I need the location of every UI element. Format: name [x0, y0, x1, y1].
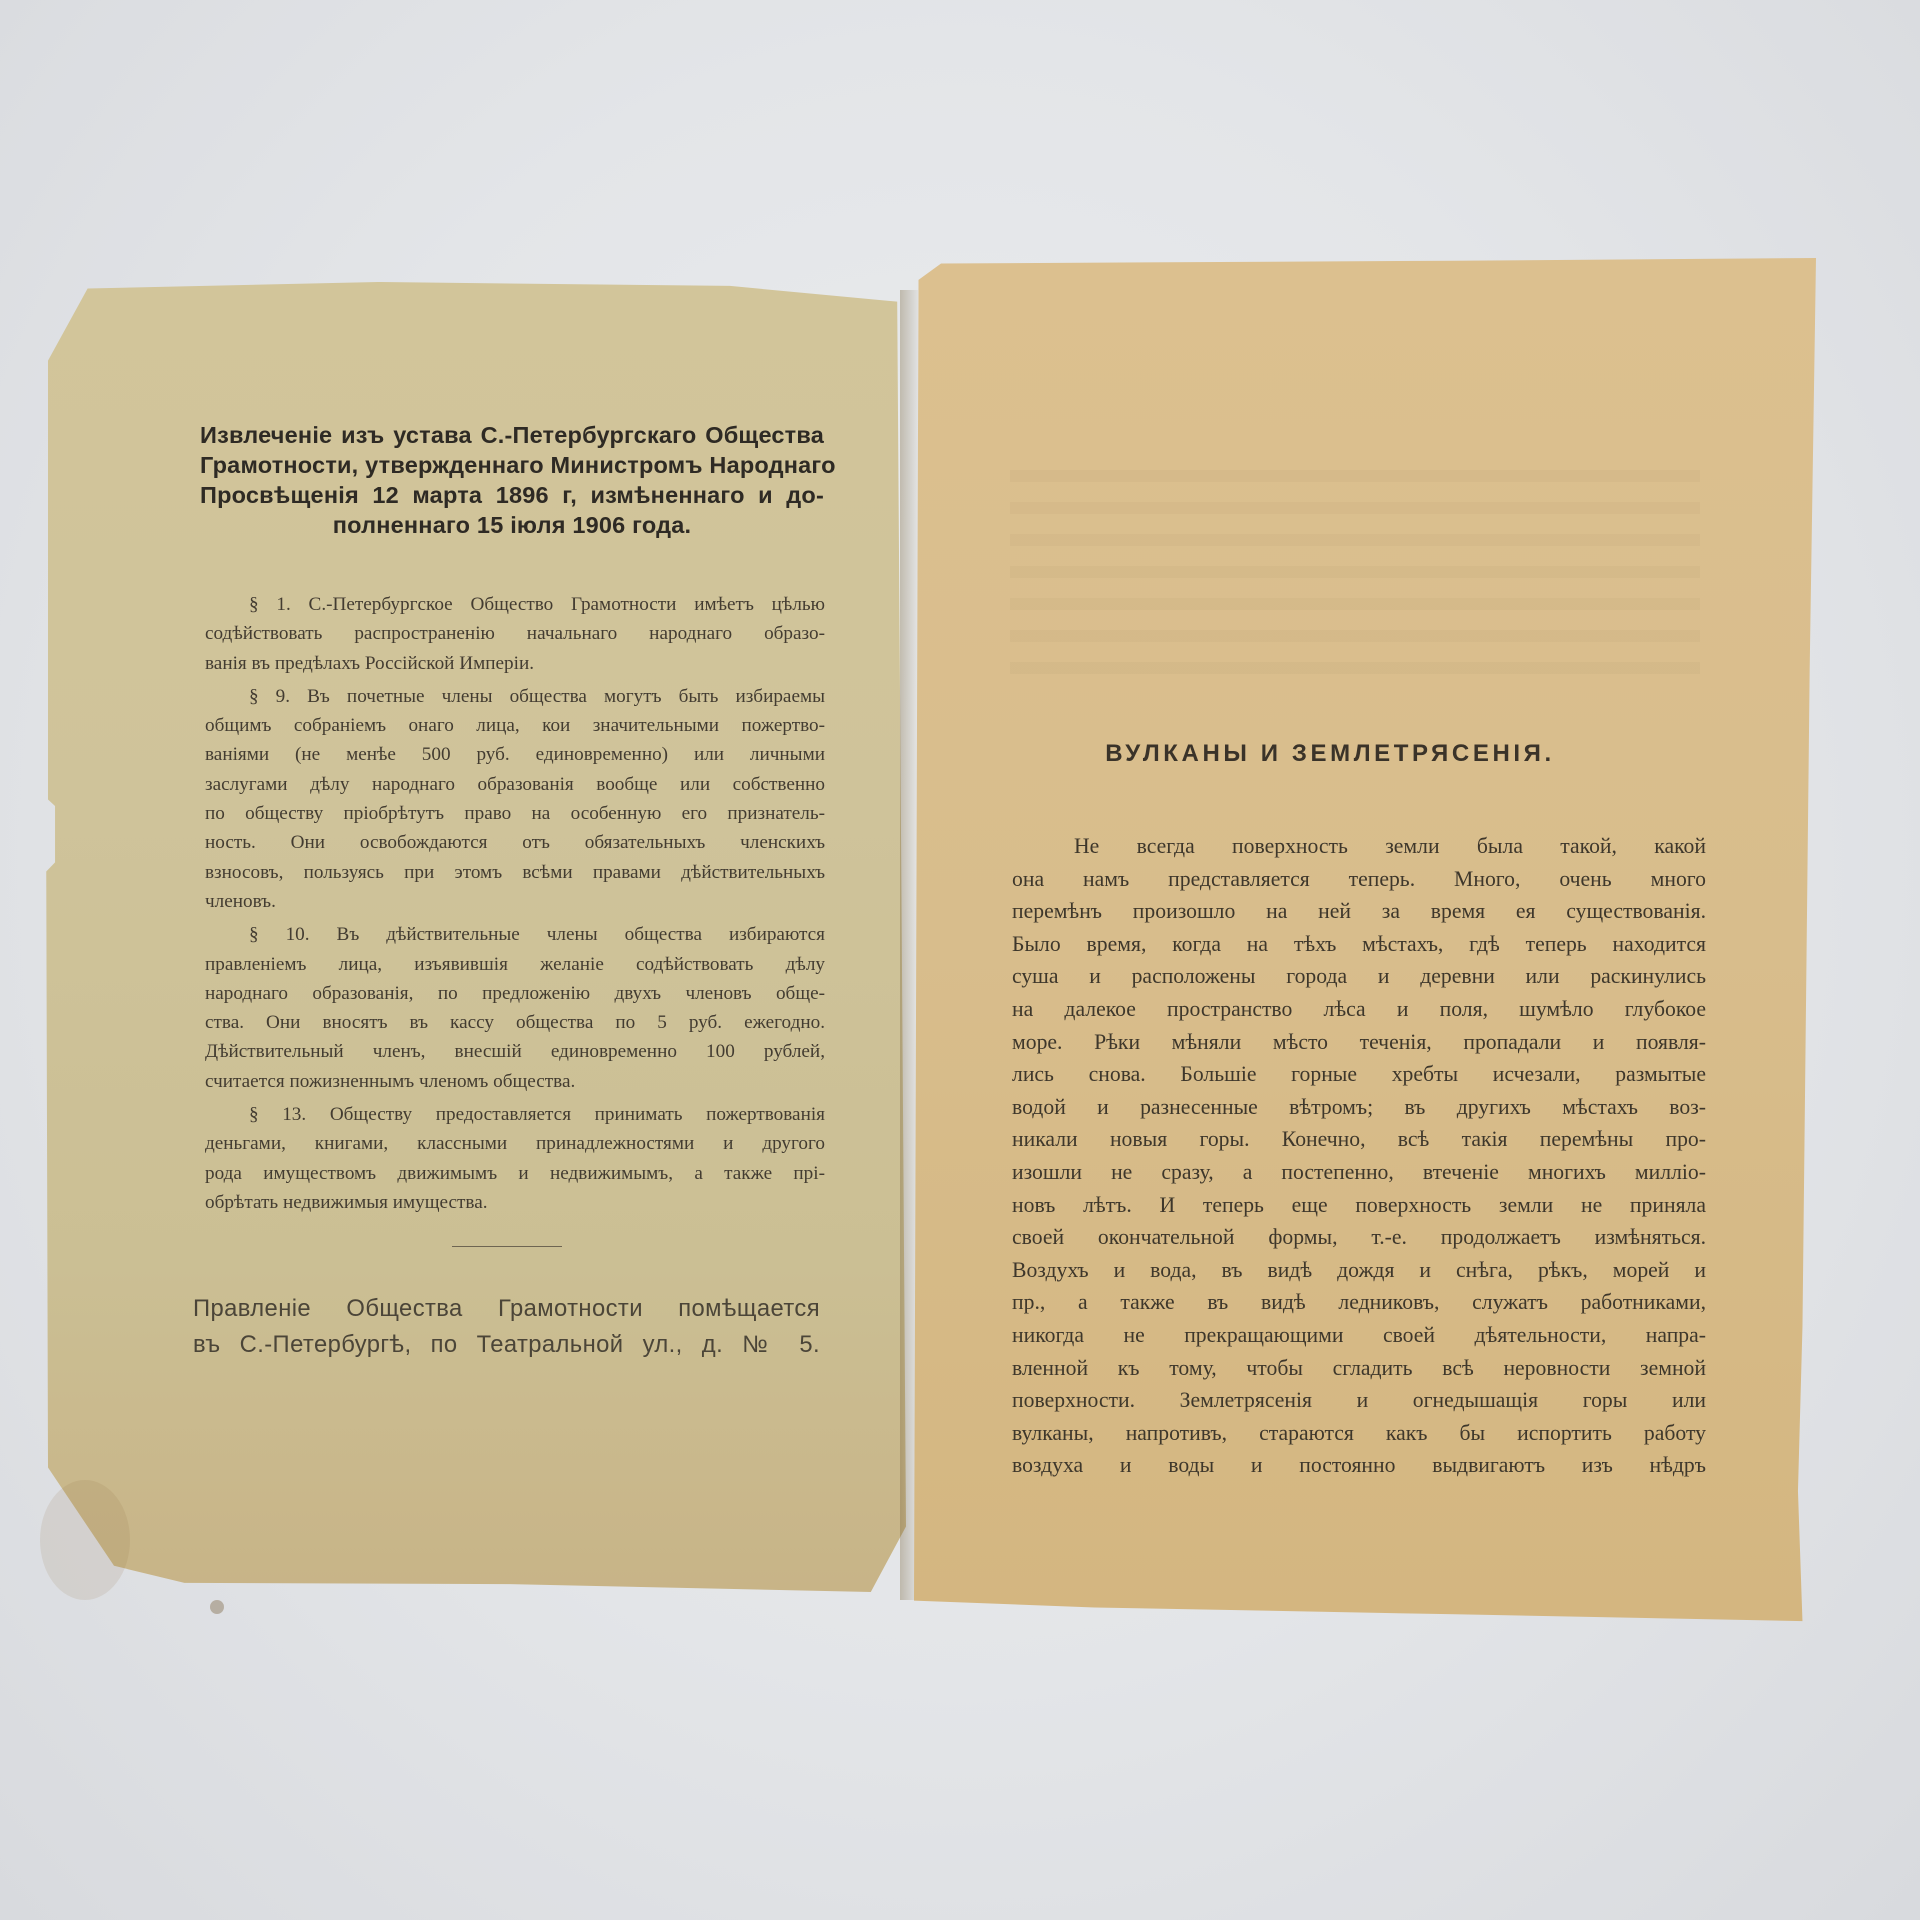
charter-section: § 1. С.-Петербургское Общество Грамотнос…	[205, 590, 825, 678]
section-line: рода имуществомъ движимымъ и недвижимымъ…	[205, 1159, 825, 1188]
chapter-title: ВУЛКАНЫ И ЗЕМЛЕТРЯСЕНІЯ.	[1000, 740, 1660, 768]
section-line: считается пожизненнымъ членомъ общества.	[205, 1067, 825, 1096]
section-line: Дѣйствительный членъ, внесшій единовреме…	[205, 1037, 825, 1066]
charter-section: § 10. Въ дѣйствительные члены общества и…	[205, 920, 825, 1096]
section-line: по обществу пріобрѣтутъ право на особенн…	[205, 799, 825, 828]
section-divider	[452, 1246, 562, 1247]
section-line: ства. Они вносятъ въ кассу общества по 5…	[205, 1008, 825, 1037]
section-line: ваніями (не менѣе 500 руб. единовременно…	[205, 740, 825, 769]
body-line: своей окончательной формы, т.-е. продолж…	[1012, 1221, 1706, 1254]
heading-line: Извлеченіе изъ устава С.-Петербургскаго …	[200, 420, 824, 450]
section-line: членовъ.	[205, 887, 825, 916]
body-line: вулканы, напротивъ, стараются какъ бы ис…	[1012, 1417, 1706, 1450]
society-address: Правленіе Общества Грамотности помѣщаетс…	[193, 1291, 820, 1363]
heading-line: Грамотности, утвержденнаго Министромъ На…	[200, 450, 824, 480]
address-line: Правленіе Общества Грамотности помѣщаетс…	[193, 1291, 820, 1327]
body-line: Не всегда поверхность земли была такой, …	[1012, 830, 1706, 863]
section-line: заслугами дѣлу народнаго образованія воо…	[205, 770, 825, 799]
section-line: общимъ собраніемъ онаго лица, кои значит…	[205, 711, 825, 740]
body-line: изошли не сразу, а постепенно, втеченіе …	[1012, 1156, 1706, 1189]
body-line: море. Рѣки мѣняли мѣсто теченія, пропада…	[1012, 1026, 1706, 1059]
section-line: взносовъ, пользуясь при этомъ всѣми прав…	[205, 858, 825, 887]
charter-section: § 13. Обществу предоставляется принимать…	[205, 1100, 825, 1217]
section-line: § 1. С.-Петербургское Общество Грамотнос…	[205, 590, 825, 619]
body-line: воздуха и воды и постоянно выдвигаютъ из…	[1012, 1449, 1706, 1482]
section-line: обрѣтать недвижимыя имущества.	[205, 1188, 825, 1217]
body-line: новъ лѣтъ. И теперь еще поверхность земл…	[1012, 1189, 1706, 1222]
body-line: суша и расположены города и деревни или …	[1012, 960, 1706, 993]
section-line: ванія въ предѣлахъ Россійской Имперіи.	[205, 649, 825, 678]
bleed-through-text	[1010, 450, 1700, 680]
body-line: вленной къ тому, чтобы сгладить всѣ неро…	[1012, 1352, 1706, 1385]
section-line: § 9. Въ почетные члены общества могутъ б…	[205, 682, 825, 711]
body-line: поверхности. Землетрясенія и огнедышащія…	[1012, 1384, 1706, 1417]
section-line: правленіемъ лица, изъявившія желаніе сод…	[205, 950, 825, 979]
address-line: въ С.-Петербургѣ, по Театральной ул., д.…	[193, 1327, 820, 1363]
charter-sections: § 1. С.-Петербургское Общество Грамотнос…	[205, 590, 825, 1221]
body-line: никогда не прекращающими своей дѣятельно…	[1012, 1319, 1706, 1352]
body-line: Воздухъ и вода, въ видѣ дождя и снѣга, р…	[1012, 1254, 1706, 1287]
heading-line: полненнаго 15 іюля 1906 года.	[200, 510, 824, 540]
paper-spot	[210, 1600, 224, 1614]
section-line: § 13. Обществу предоставляется принимать…	[205, 1100, 825, 1129]
charter-section: § 9. Въ почетные члены общества могутъ б…	[205, 682, 825, 916]
chapter-body: Не всегда поверхность земли была такой, …	[1012, 830, 1706, 1482]
body-line: пр., а также въ видѣ ледниковъ, служатъ …	[1012, 1286, 1706, 1319]
body-line: никали новыя горы. Конечно, всѣ такія пе…	[1012, 1123, 1706, 1156]
body-line: она намъ представляется теперь. Много, о…	[1012, 863, 1706, 896]
section-line: народнаго образованія, по предложенію дв…	[205, 979, 825, 1008]
section-line: ность. Они освобождаются отъ обязательны…	[205, 828, 825, 857]
body-line: на далекое пространство лѣса и поля, шум…	[1012, 993, 1706, 1026]
section-line: деньгами, книгами, классными принадлежно…	[205, 1129, 825, 1158]
body-line: водой и разнесенные вѣтромъ; въ другихъ …	[1012, 1091, 1706, 1124]
section-line: содѣйствовать распространенію начальнаго…	[205, 619, 825, 648]
charter-extract-heading: Извлеченіе изъ устава С.-Петербургскаго …	[200, 420, 824, 540]
section-line: § 10. Въ дѣйствительные члены общества и…	[205, 920, 825, 949]
body-line: перемѣнъ произошло на ней за время ея су…	[1012, 895, 1706, 928]
body-line: Было время, когда на тѣхъ мѣстахъ, гдѣ т…	[1012, 928, 1706, 961]
body-line: лись снова. Большіе горные хребты исчеза…	[1012, 1058, 1706, 1091]
paper-stain	[40, 1480, 130, 1600]
heading-line: Просвѣщенія 12 марта 1896 г, измѣненнаго…	[200, 480, 824, 510]
